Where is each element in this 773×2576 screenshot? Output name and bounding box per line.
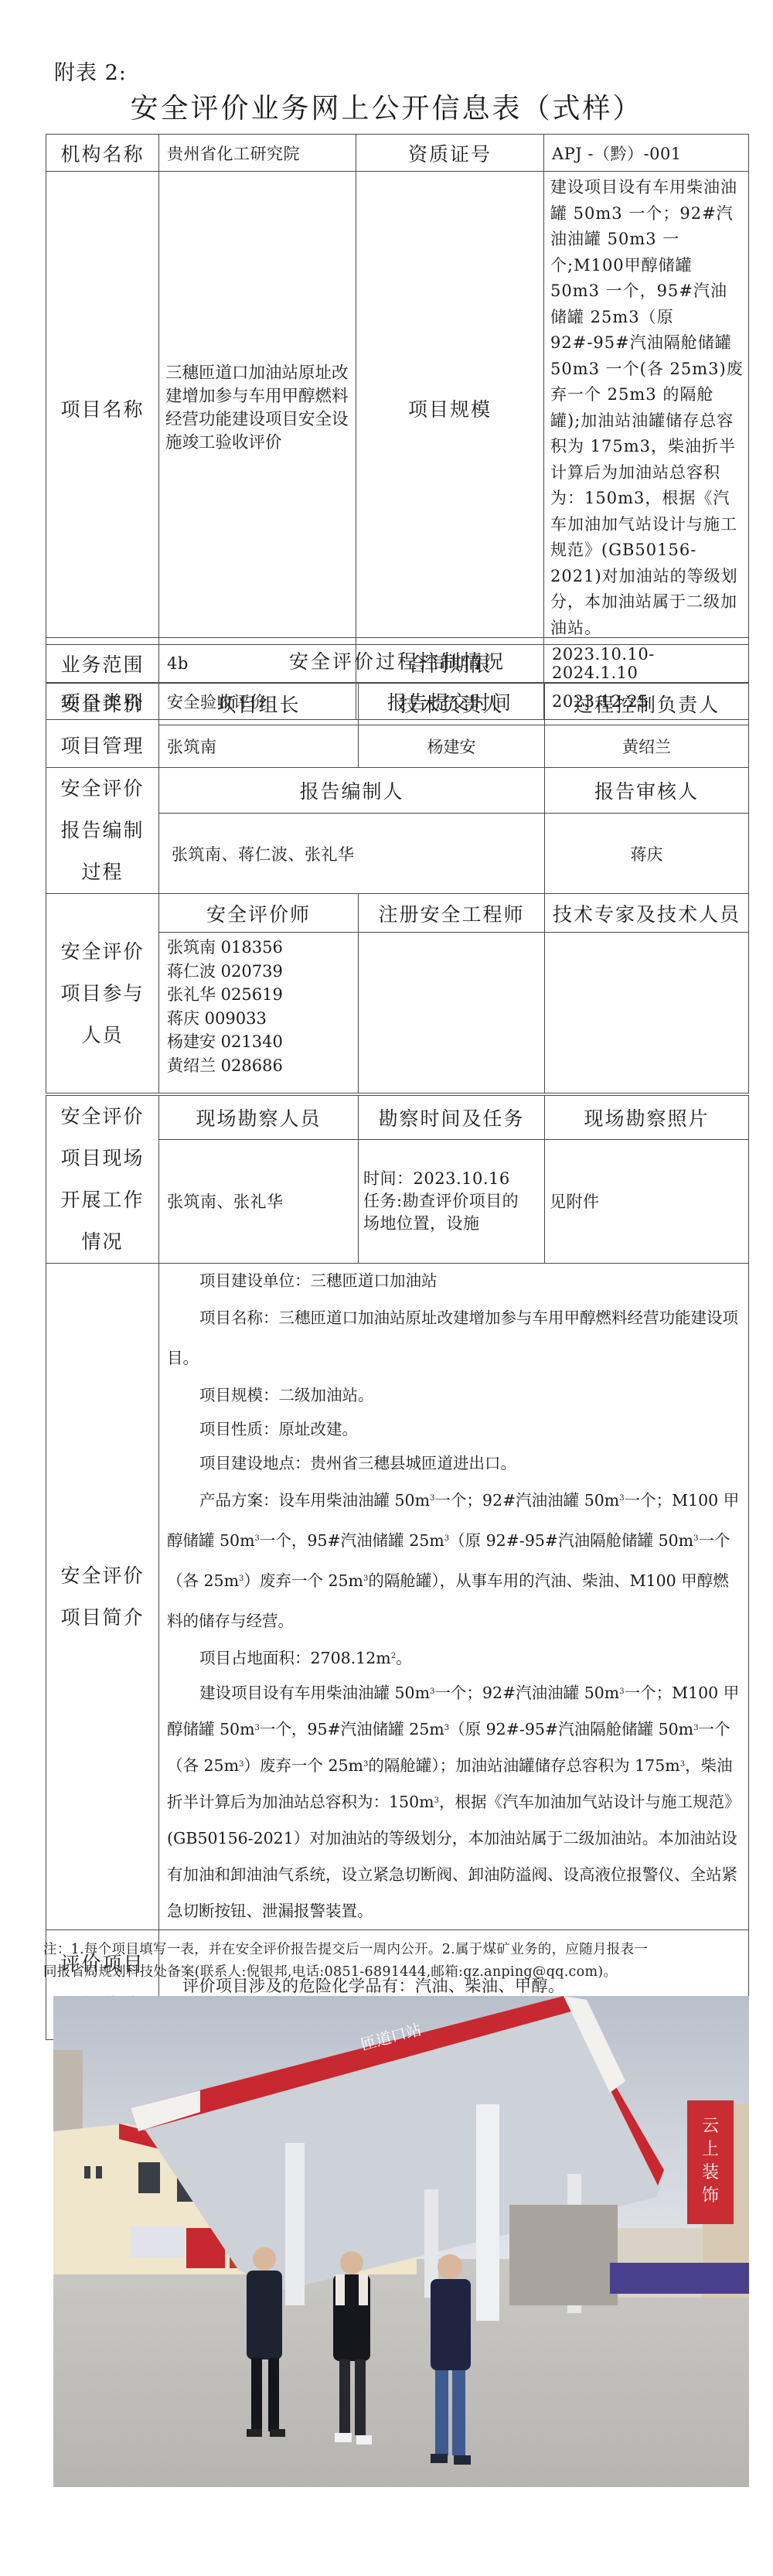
team-leader-value: 张筑南 <box>159 725 359 767</box>
evaluator-item: 杨建安 021340 <box>167 1030 350 1054</box>
evaluator-item: 蒋庆 009033 <box>167 1007 350 1031</box>
summary-project-nature: 项目性质：原址改建。 <box>167 1412 742 1446</box>
summary-detail: 建设项目设有车用柴油油罐 50m3一个；92#汽油油罐 50m3一个；M100 … <box>167 1675 742 1929</box>
registered-engineers-value <box>359 933 545 1094</box>
project-name-value: 三穗匝道口加油站原址改建增加参与车用甲醇燃料经营功能建设项目安全设施竣工验收评价 <box>159 172 356 645</box>
participants-label: 安全评价 项目参与 人员 <box>46 894 159 1094</box>
org-name-value: 贵州省化工研究院 <box>159 135 356 172</box>
site-work-label-line1: 安全评价 <box>49 1096 155 1138</box>
site-photos-value: 见附件 <box>545 1139 749 1263</box>
header-team-leader: 项目组长 <box>159 684 359 725</box>
evaluator-item: 蒋仁波 020739 <box>167 960 350 984</box>
svg-text:上: 上 <box>702 2140 719 2159</box>
site-work-label-line2: 项目现场 <box>49 1138 155 1179</box>
header-report-writers: 报告编制人 <box>159 768 545 814</box>
header-site-photos: 现场勘察照片 <box>545 1096 749 1140</box>
participants-label-line1: 安全评价 <box>49 931 155 973</box>
project-name-label: 项目名称 <box>46 172 159 645</box>
site-work-table: 安全评价 项目现场 开展工作 情况 现场勘察人员 勘察时间及任务 现场勘察照片 … <box>46 1095 749 2040</box>
summary-area: 项目占地面积：2708.12m2。 <box>167 1641 742 1675</box>
inspectors-value: 张筑南、张礼华 <box>159 1139 359 1263</box>
svg-text:云: 云 <box>702 2117 719 2136</box>
header-inspection-time: 勘察时间及任务 <box>359 1096 545 1140</box>
participants-label-line3: 人员 <box>49 1015 155 1056</box>
header-tech-lead: 技术负责人 <box>359 684 545 725</box>
summary-construction-unit: 项目建设单位：三穗匝道口加油站 <box>167 1264 742 1298</box>
summary-location: 项目建设地点：贵州省三穗县城匝道进出口。 <box>167 1446 742 1480</box>
summary-project-scale: 项目规模：二级加油站。 <box>167 1378 742 1412</box>
report-writers-value: 张筑南、蒋仁波、张礼华 <box>159 814 545 894</box>
project-scale-value: 建设项目设有车用柴油油罐 50m3 一个；92#汽油油罐 50m3 一个;M10… <box>544 172 749 645</box>
inspection-time-task: 时间：2023.10.16 任务:勘查评价项目的 场地位置，设施 <box>359 1139 545 1263</box>
inspection-time: 时间：2023.10.16 <box>363 1168 536 1190</box>
svg-text:饰: 饰 <box>702 2186 719 2206</box>
process-lead-value: 黄绍兰 <box>545 725 749 767</box>
project-summary: 项目建设单位：三穗匝道口加油站 项目名称：三穗匝道口加油站原址改建增加参与车用甲… <box>159 1264 749 1930</box>
row-org: 机构名称 贵州省化工研究院 资质证号 APJ -（黔）-001 <box>46 135 749 172</box>
management-label-line2: 项目管理 <box>49 725 155 767</box>
project-scale-label: 项目规模 <box>356 172 544 645</box>
inspection-task-line2: 场地位置，设施 <box>363 1213 536 1235</box>
attachment-label: 附表 2: <box>54 56 127 86</box>
site-work-label-line3: 开展工作 <box>49 1179 155 1221</box>
org-name-label: 机构名称 <box>46 135 159 172</box>
header-process-lead: 过程控制负责人 <box>545 684 749 725</box>
svg-text:装: 装 <box>702 2163 719 2182</box>
report-label-line3: 过程 <box>49 851 155 893</box>
footnote: 注：1.每个项目填写一表，并在安全评价报告提交后一周内公开。2.属于煤矿业务的，… <box>43 1939 747 1984</box>
management-label: 安全评价 项目管理 <box>46 684 159 768</box>
footnote-line1: 注：1.每个项目填写一表，并在安全评价报告提交后一周内公开。2.属于煤矿业务的，… <box>43 1939 747 1961</box>
management-label-line1: 安全评价 <box>49 684 155 725</box>
evaluator-item: 张筑南 018356 <box>167 936 350 960</box>
report-label-line1: 安全评价 <box>49 768 155 810</box>
report-reviewer-value: 蒋庆 <box>545 814 749 894</box>
row-project-name: 项目名称 三穗匝道口加油站原址改建增加参与车用甲醇燃料经营功能建设项目安全设施竣… <box>46 172 749 645</box>
inspection-task-line1: 任务:勘查评价项目的 <box>363 1190 536 1213</box>
cert-no-label: 资质证号 <box>356 135 544 172</box>
site-work-label: 安全评价 项目现场 开展工作 情况 <box>46 1096 159 1264</box>
process-control-heading: 安全评价过程控制情况 <box>46 638 749 684</box>
header-tech-experts: 技术专家及技术人员 <box>545 894 749 933</box>
site-work-label-line4: 情况 <box>49 1221 155 1263</box>
tech-experts-value <box>545 933 749 1094</box>
header-inspectors: 现场勘察人员 <box>159 1096 359 1140</box>
site-inspection-photo: 匝道口站 云 上 装 饰 <box>53 1996 749 2487</box>
process-control-table: 安全评价过程控制情况 安全评价 项目管理 项目组长 技术负责人 过程控制负责人 … <box>46 637 749 1094</box>
cert-no-value: APJ -（黔）-001 <box>544 135 749 172</box>
report-label: 安全评价 报告编制 过程 <box>46 768 159 894</box>
evaluator-item: 张礼华 025619 <box>167 983 350 1007</box>
participants-label-line2: 项目参与 <box>49 973 155 1015</box>
summary-label-line1: 安全评价 <box>49 1555 155 1597</box>
summary-product-plan: 产品方案：设车用柴油油罐 50m3一个；92#汽油油罐 50m3一个；M100 … <box>167 1480 742 1641</box>
document-title: 安全评价业务网上公开信息表（式样） <box>0 87 773 126</box>
footnote-line2: 同报省局规划科技处备案(联系人:倪银邦,电话:0851-6891444,邮箱:g… <box>43 1961 747 1984</box>
tech-lead-value: 杨建安 <box>359 725 545 767</box>
header-registered-engineers: 注册安全工程师 <box>359 894 545 933</box>
info-table-main: 机构名称 贵州省化工研究院 资质证号 APJ -（黔）-001 项目名称 三穗匝… <box>46 134 749 720</box>
header-report-reviewer: 报告审核人 <box>545 768 749 814</box>
gas-station-photo-illustration: 匝道口站 云 上 装 饰 <box>53 1996 749 2487</box>
summary-project-name: 项目名称：三穗匝道口加油站原址改建增加参与车用甲醇燃料经营功能建设项目。 <box>167 1298 742 1378</box>
evaluators-list: 张筑南 018356 蒋仁波 020739 张礼华 025619 蒋庆 0090… <box>159 933 359 1094</box>
evaluator-item: 黄绍兰 028686 <box>167 1054 350 1078</box>
summary-label-line2: 项目简介 <box>49 1597 155 1639</box>
summary-label: 安全评价 项目简介 <box>46 1264 159 1930</box>
header-evaluators: 安全评价师 <box>159 894 359 933</box>
report-label-line2: 报告编制 <box>49 810 155 851</box>
